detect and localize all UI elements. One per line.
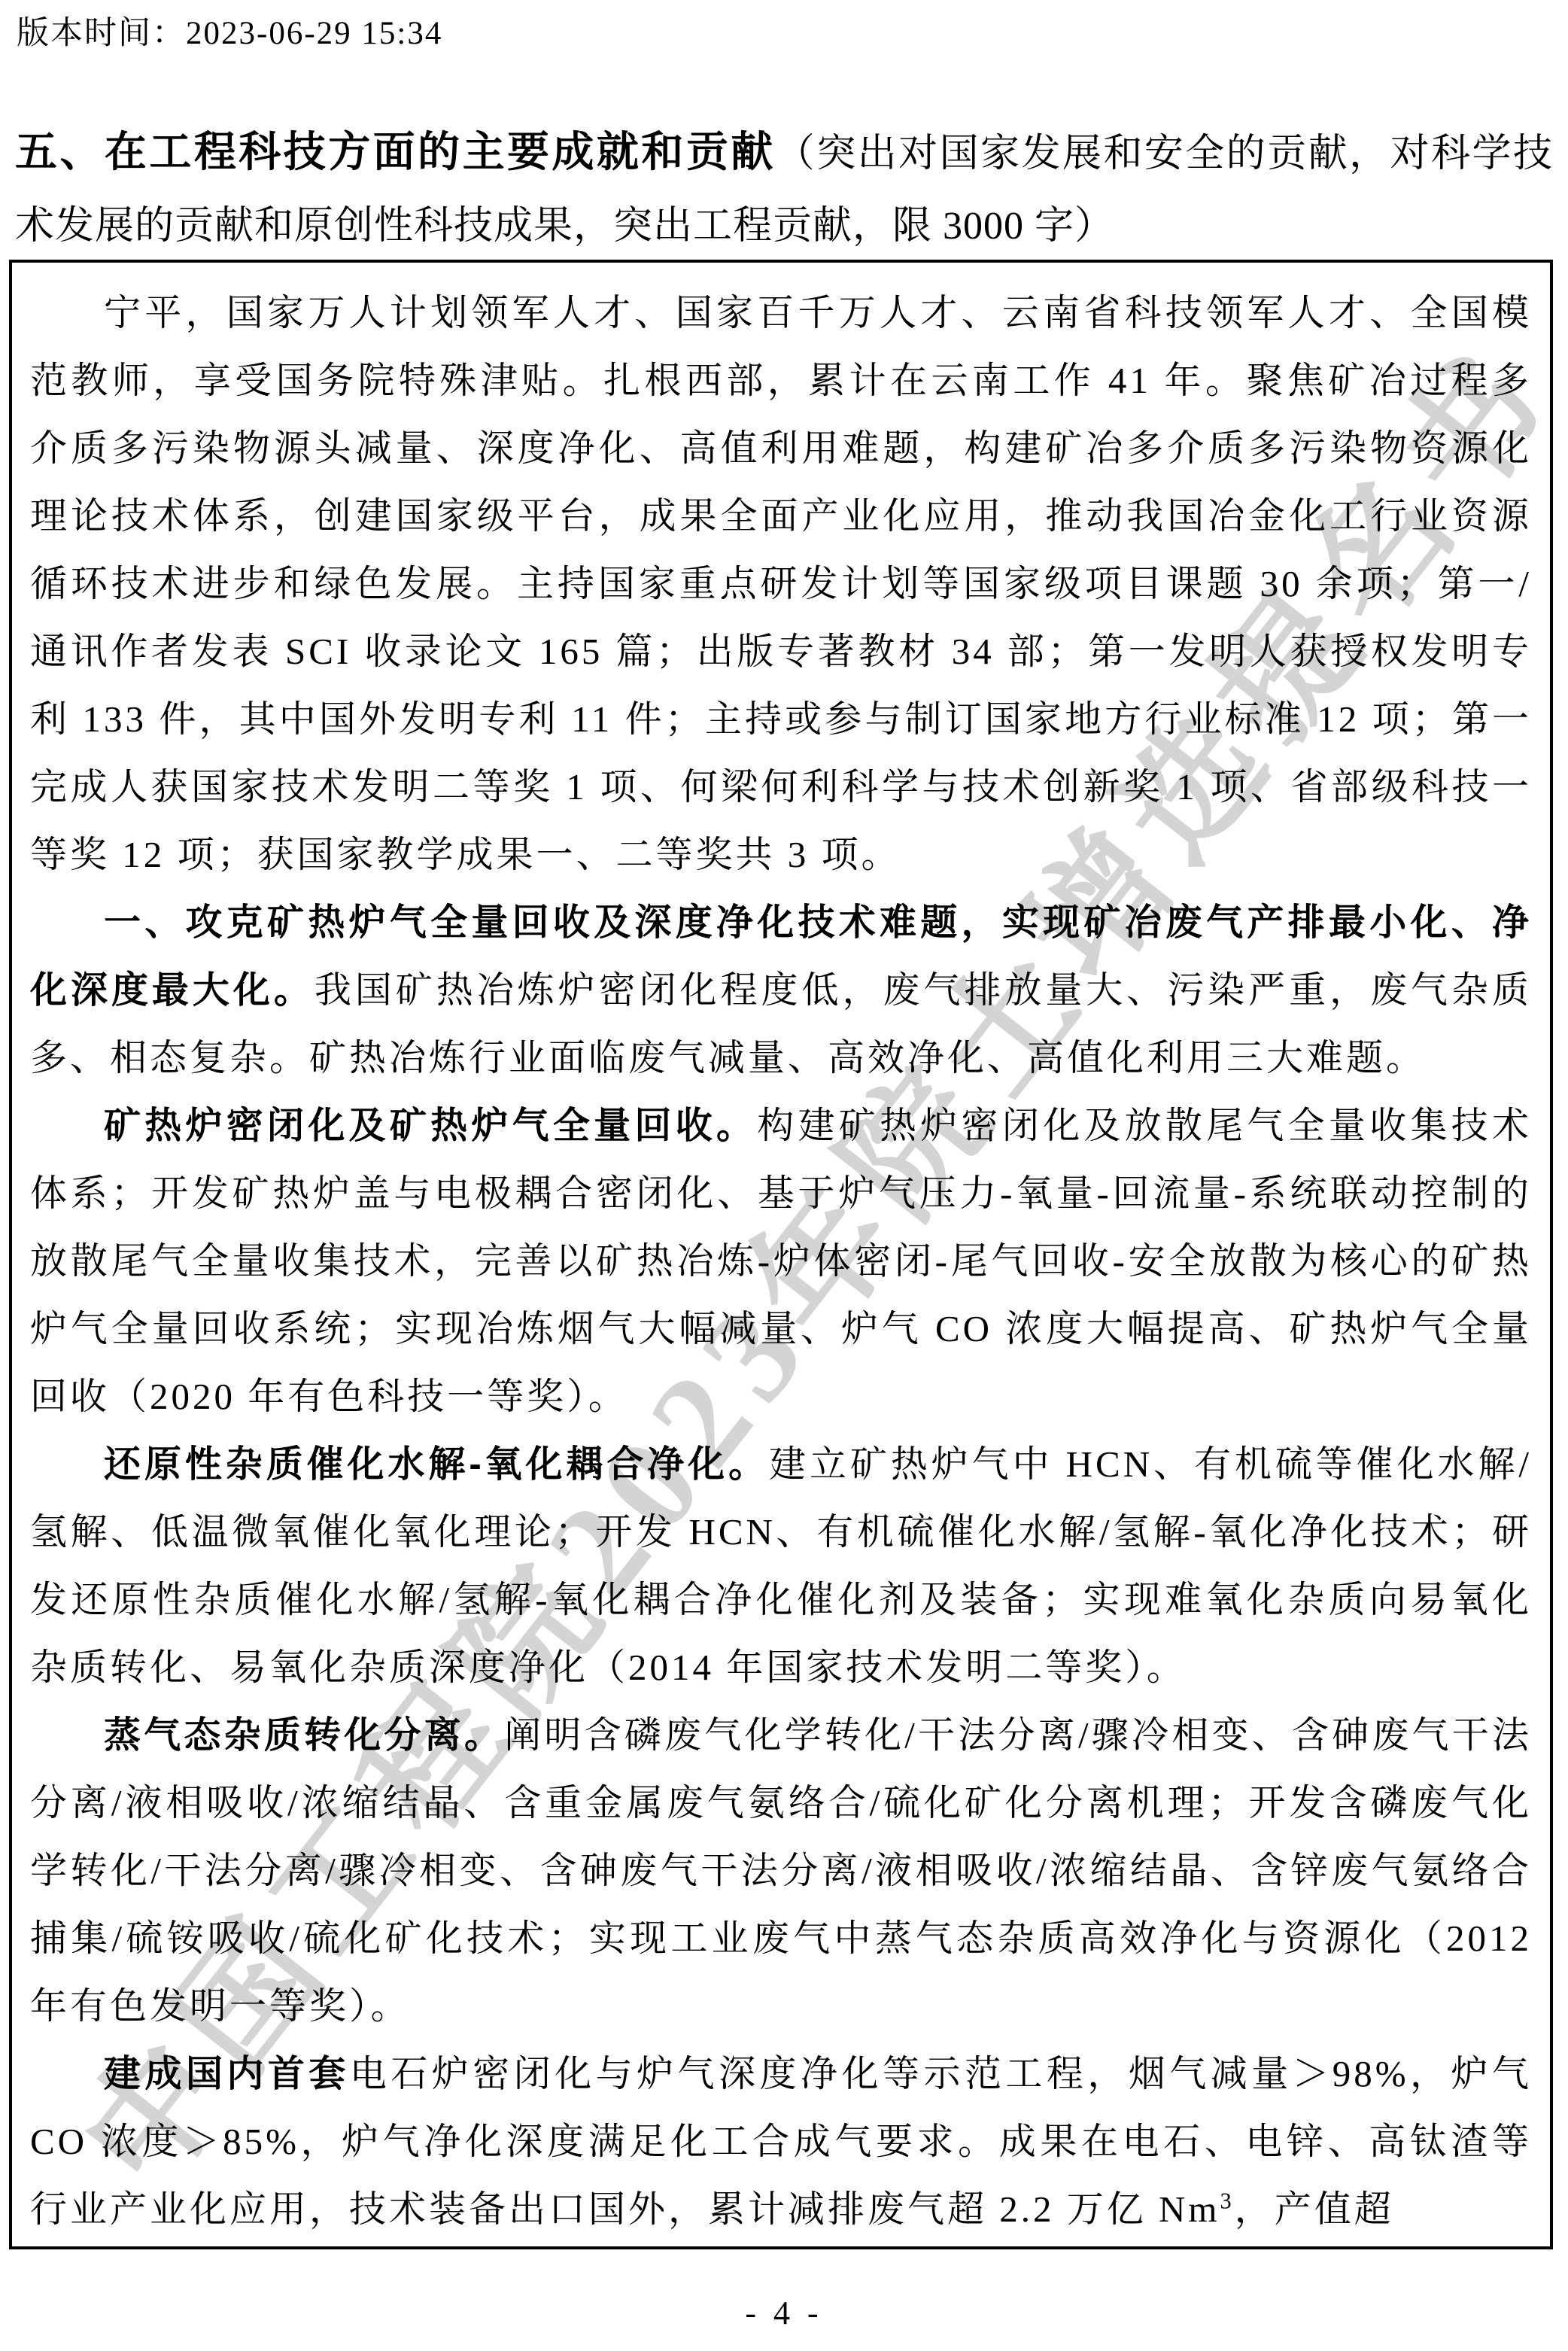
paragraph: 蒸气态杂质转化分离。阐明含磷废气化学转化/干法分离/骤冷相变、含砷废气干法分离/… <box>30 1702 1532 2040</box>
run-bold: 蒸气态杂质转化分离。 <box>104 1715 504 1756</box>
paragraph: 建成国内首套电石炉密闭化与炉气深度净化等示范工程，烟气减量＞98%，炉气 CO … <box>30 2040 1532 2243</box>
paragraph: 还原性杂质催化水解-氧化耦合净化。建立矿热炉气中 HCN、有机硫等催化水解/氢解… <box>30 1431 1532 1702</box>
run-superscript: 3 <box>1220 2188 1235 2214</box>
run-bold: 矿热炉密闭化及矿热炉气全量回收。 <box>104 1106 757 1146</box>
run-bold: 建成国内首套 <box>104 2054 350 2094</box>
page-number: - 4 - <box>0 2294 1568 2332</box>
section-heading: 五、在工程科技方面的主要成就和贡献（突出对国家发展和安全的贡献，对科学技术发展的… <box>15 120 1553 267</box>
version-timestamp: 版本时间：2023-06-29 15:34 <box>17 8 442 53</box>
paragraph: 宁平，国家万人计划领军人才、国家百千万人才、云南省科技领军人才、全国模范教师，享… <box>30 279 1532 889</box>
document-page: { "meta": { "version_label": "版本时间：2023-… <box>0 0 1568 2351</box>
content-box: 宁平，国家万人计划领军人才、国家百千万人才、云南省科技领军人才、全国模范教师，享… <box>9 260 1553 2249</box>
paragraph: 一、攻克矿热炉气全量回收及深度净化技术难题，实现矿冶废气产排最小化、净化深度最大… <box>30 889 1532 1092</box>
run-text: ，产值超 <box>1235 2188 1394 2230</box>
paragraph: 矿热炉密闭化及矿热炉气全量回收。构建矿热炉密闭化及放散尾气全量收集技术体系；开发… <box>30 1092 1532 1431</box>
run-text: 阐明含磷废气化学转化/干法分离/骤冷相变、含砷废气干法分离/液相吸收/浓缩结晶、… <box>30 1714 1532 2027</box>
section-heading-title: 五、在工程科技方面的主要成就和贡献 <box>15 128 776 175</box>
run-text: 宁平，国家万人计划领军人才、国家百千万人才、云南省科技领军人才、全国模范教师，享… <box>30 292 1532 875</box>
run-text: 构建矿热炉密闭化及放散尾气全量收集技术体系；开发矿热炉盖与电极耦合密闭化、基于炉… <box>30 1105 1532 1417</box>
run-bold: 还原性杂质催化水解-氧化耦合净化。 <box>104 1444 769 1485</box>
